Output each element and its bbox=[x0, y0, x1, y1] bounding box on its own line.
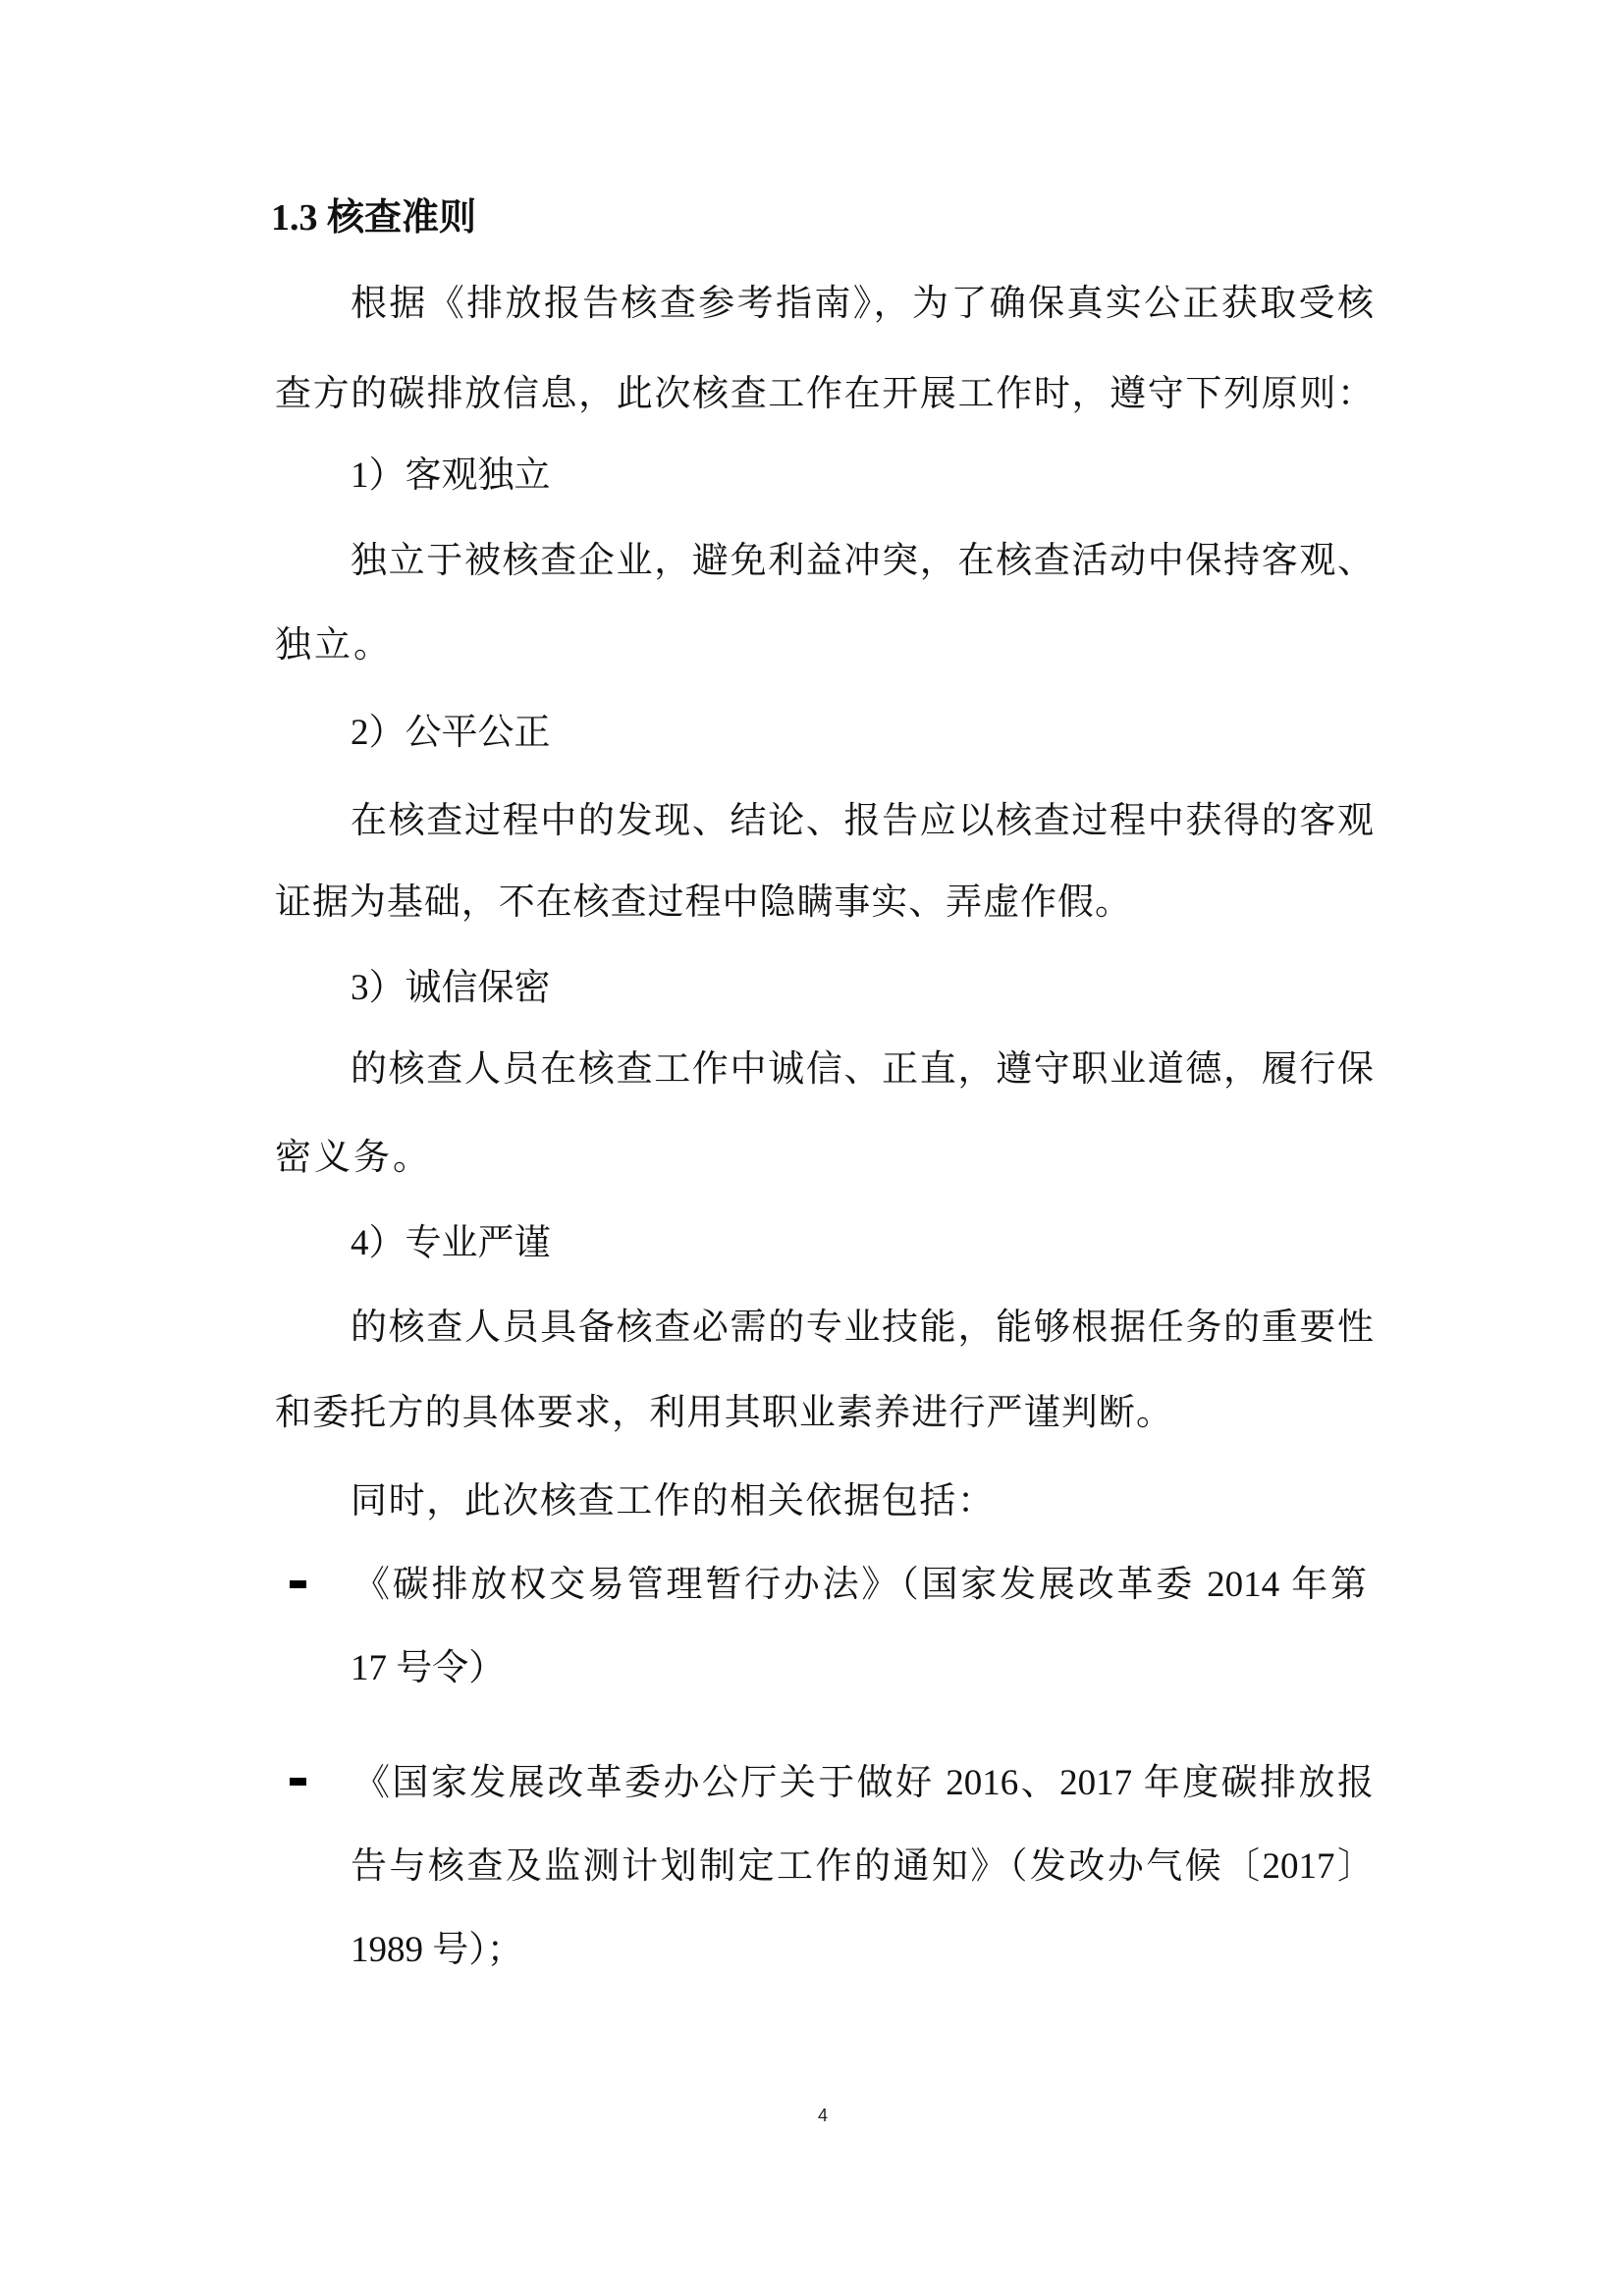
principle-4-line-2: 和委托方的具体要求，利用其职业素养进行严谨判断。 bbox=[275, 1390, 1172, 1437]
principle-3-title: 3）诚信保密 bbox=[351, 965, 551, 1012]
principle-1-line-2: 独立。 bbox=[275, 622, 393, 669]
principle-4-title: 4）专业严谨 bbox=[351, 1220, 551, 1267]
principle-4-line-1: 的核查人员具备核查必需的专业技能，能够根据任务的重要性 bbox=[351, 1305, 1374, 1352]
principle-1-line-1: 独立于被核查企业，避免利益冲突，在核查活动中保持客观、 bbox=[351, 538, 1374, 585]
basis-item-2-line-2: 告与核查及监测计划制定工作的通知》（发改办气候〔2017〕 bbox=[351, 1843, 1374, 1891]
principle-2-title: 2）公平公正 bbox=[351, 710, 551, 757]
basis-item-1-line-2: 17 号令） bbox=[351, 1645, 505, 1692]
basis-intro: 同时，此次核查工作的相关依据包括： bbox=[351, 1478, 994, 1525]
principle-2-line-1: 在核查过程中的发现、结论、报告应以核查过程中获得的客观 bbox=[351, 798, 1374, 845]
principle-1-title: 1）客观独立 bbox=[351, 453, 551, 500]
page-number: 4 bbox=[818, 2106, 828, 2125]
principle-3-line-1: 的核查人员在核查工作中诚信、正直，遵守职业道德，履行保 bbox=[351, 1046, 1374, 1094]
bullet-icon bbox=[290, 1778, 306, 1786]
basis-item-2-line-3: 1989 号）； bbox=[351, 1927, 523, 1974]
principle-2-line-2: 证据为基础，不在核查过程中隐瞒事实、弄虚作假。 bbox=[275, 880, 1131, 927]
principle-3-line-2: 密义务。 bbox=[275, 1135, 432, 1182]
basis-item-1-line-1: 《碳排放权交易管理暂行办法》（国家发展改革委 2014 年第 bbox=[353, 1562, 1367, 1609]
section-heading: 1.3 核查准则 bbox=[271, 194, 476, 241]
basis-item-2-line-1: 《国家发展改革委办公厅关于做好 2016、2017 年度碳排放报 bbox=[353, 1760, 1374, 1807]
bullet-icon bbox=[290, 1580, 306, 1588]
intro-line-2: 查方的碳排放信息，此次核查工作在开展工作时，遵守下列原则： bbox=[275, 371, 1374, 418]
intro-line-1: 根据《排放报告核查参考指南》，为了确保真实公正获取受核 bbox=[351, 281, 1374, 328]
